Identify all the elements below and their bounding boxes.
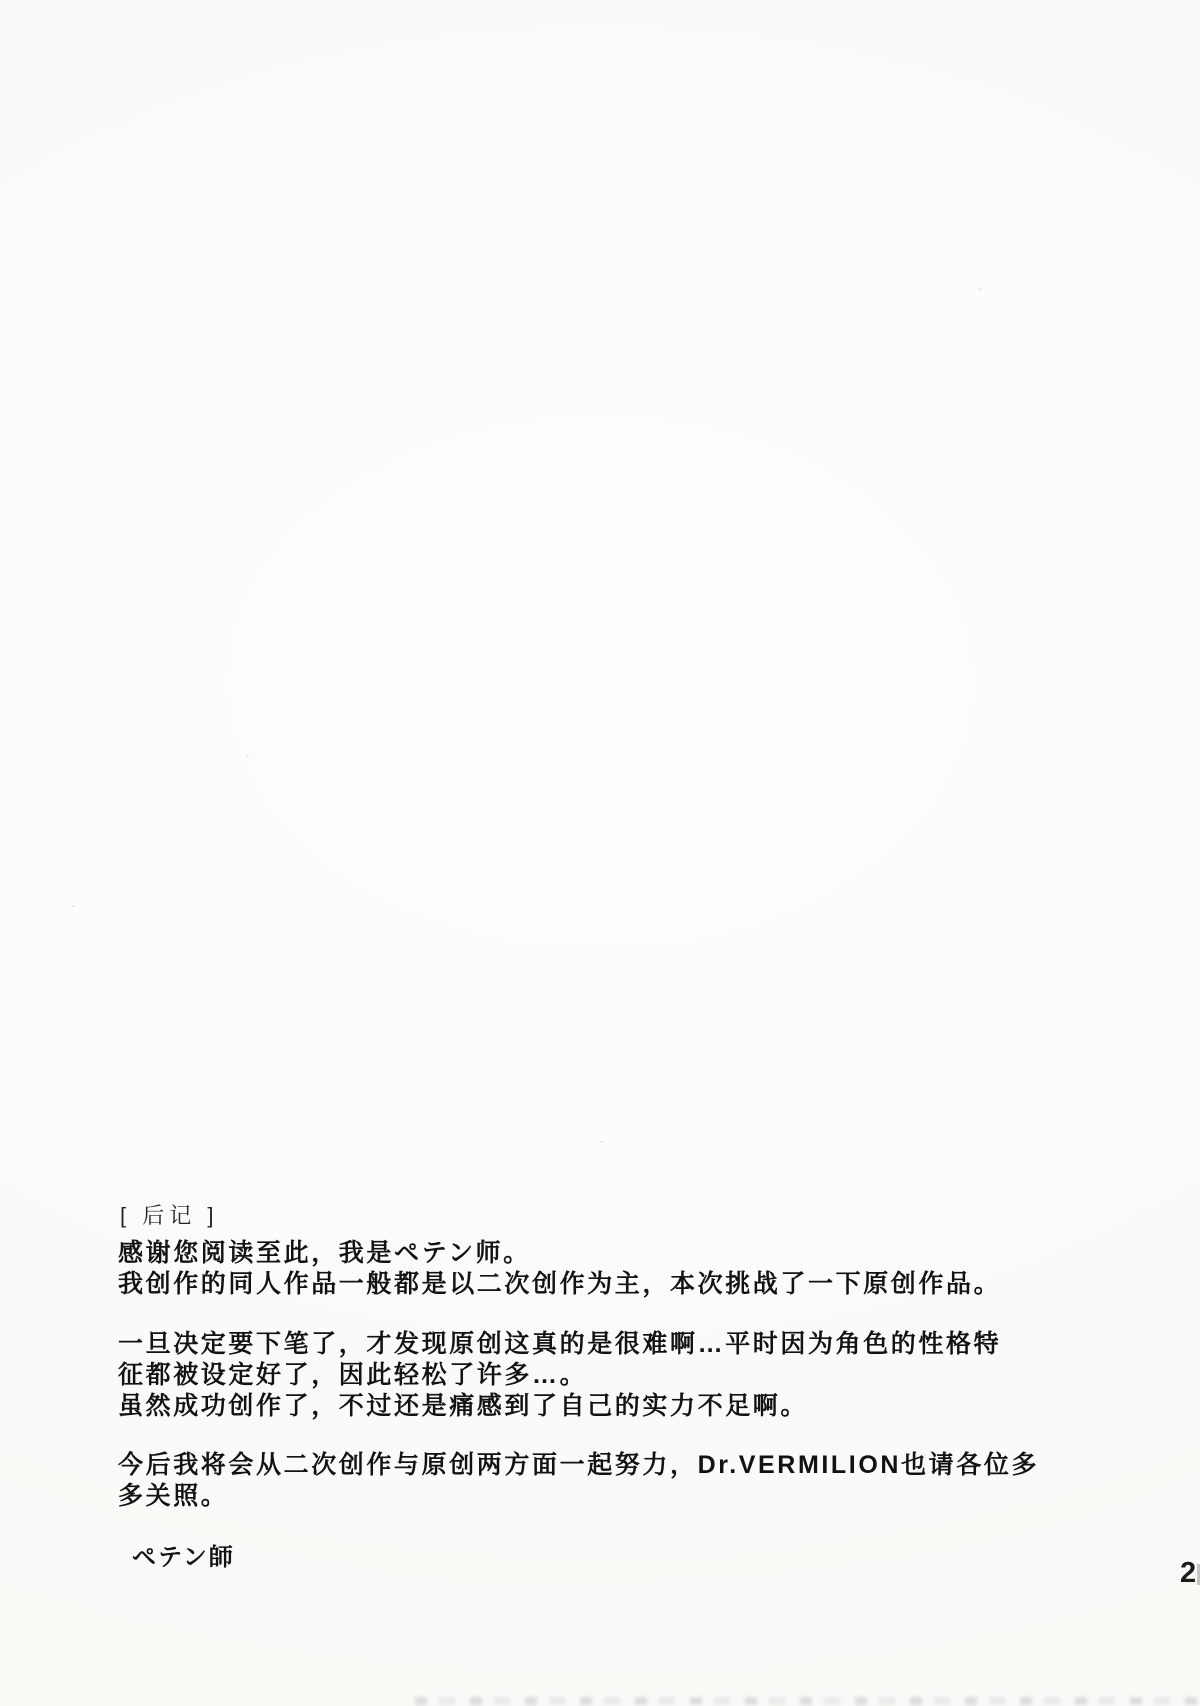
- afterword-line: 一旦决定要下笔了，才发现原创这真的是很难啊…平时因为角色的性格特: [118, 1329, 1001, 1360]
- scan-speck: [600, 1141, 604, 1143]
- afterword-line: 虽然成功创作了，不过还是痛感到了自己的实力不足啊。: [118, 1391, 1001, 1422]
- scan-speck: [246, 755, 249, 757]
- page-number: 2: [1180, 1557, 1196, 1590]
- afterword-line: 多关照。: [118, 1481, 1039, 1512]
- afterword-paragraph: 一旦决定要下笔了，才发现原创这真的是很难啊…平时因为角色的性格特 征都被设定好了…: [118, 1329, 1001, 1422]
- author-signature: ペテン師: [132, 1537, 235, 1572]
- scan-speck: [978, 288, 981, 291]
- afterword-paragraph: 今后我将会从二次创作与原创两方面一起努力，Dr.VERMILION也请各位多 多…: [118, 1450, 1039, 1512]
- afterword-line: 征都被设定好了，因此轻松了许多…。: [118, 1360, 1001, 1391]
- afterword-line: 我创作的同人作品一般都是以二次创作为主，本次挑战了一下原创作品。: [118, 1269, 1001, 1300]
- bottom-edge-print-artifact: [415, 1697, 1200, 1705]
- afterword-title: [ 后记 ]: [120, 1199, 218, 1230]
- afterword-line: 感谢您阅读至此，我是ペテン师。: [118, 1238, 1001, 1269]
- afterword-line: 今后我将会从二次创作与原创两方面一起努力，Dr.VERMILION也请各位多: [118, 1450, 1039, 1481]
- scan-speck: [72, 905, 75, 907]
- afterword-paragraph: 感谢您阅读至此，我是ペテン师。 我创作的同人作品一般都是以二次创作为主，本次挑战…: [118, 1238, 1001, 1300]
